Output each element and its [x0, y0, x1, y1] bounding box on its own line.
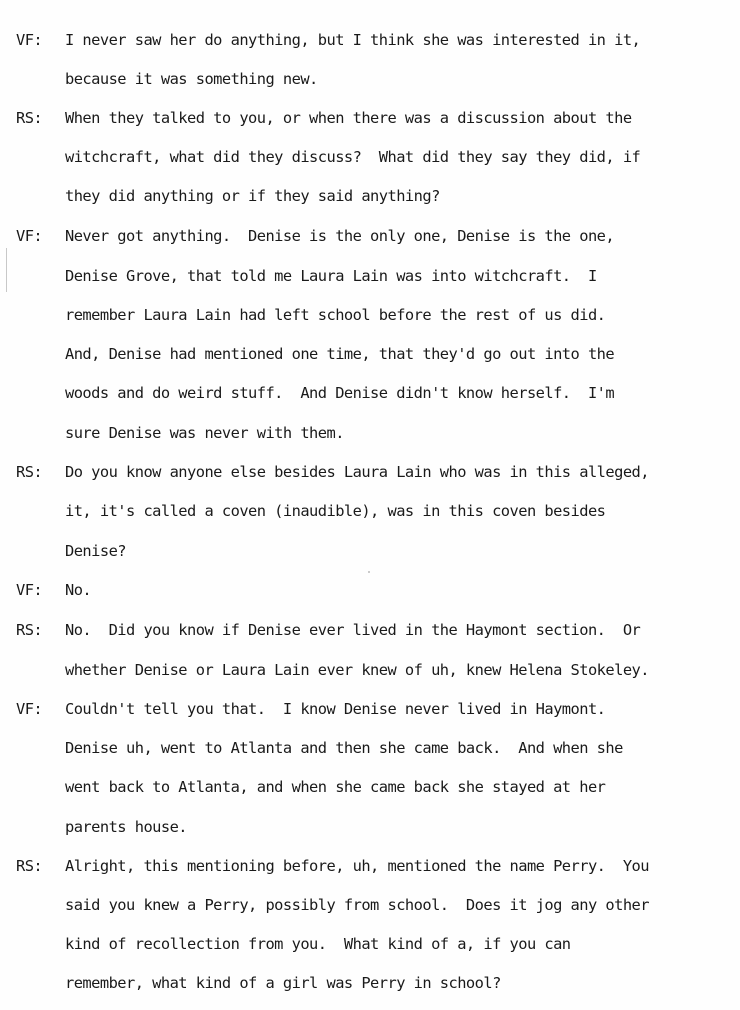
transcript-line: witchcraft, what did they discuss? What …: [65, 147, 640, 167]
transcript-line: it, it's called a coven (inaudible), was…: [65, 501, 605, 521]
transcript-line: they did anything or if they said anythi…: [65, 186, 440, 206]
speaker-label: VF:: [16, 30, 42, 50]
speaker-label: RS:: [16, 620, 42, 640]
speaker-label: VF:: [16, 226, 42, 246]
transcript-line: kind of recollection from you. What kind…: [65, 934, 571, 954]
speaker-label: RS:: [16, 462, 42, 482]
transcript-line: And, Denise had mentioned one time, that…: [65, 344, 614, 364]
transcript-line: went back to Atlanta, and when she came …: [65, 777, 605, 797]
transcript-line: said you knew a Perry, possibly from sch…: [65, 895, 649, 915]
transcript-line: woods and do weird stuff. And Denise did…: [65, 383, 614, 403]
transcript-page: VF: I never saw her do anything, but I t…: [0, 0, 740, 1010]
transcript-line: Alright, this mentioning before, uh, men…: [65, 856, 649, 876]
transcript-line: because it was something new.: [65, 69, 318, 89]
transcript-line: Never got anything. Denise is the only o…: [65, 226, 614, 246]
transcript-line: sure Denise was never with them.: [65, 423, 344, 443]
transcript-line: remember, what kind of a girl was Perry …: [65, 973, 501, 993]
transcript-line: whether Denise or Laura Lain ever knew o…: [65, 660, 649, 680]
margin-mark: [6, 248, 7, 292]
speaker-label: RS:: [16, 108, 42, 128]
transcript-line: Denise uh, went to Atlanta and then she …: [65, 738, 623, 758]
transcript-line: No. Did you know if Denise ever lived in…: [65, 620, 640, 640]
transcript-line: Denise?: [65, 541, 126, 561]
transcript-line: Do you know anyone else besides Laura La…: [65, 462, 649, 482]
speaker-label: VF:: [16, 699, 42, 719]
transcript-line: No.: [65, 580, 91, 600]
speaker-label: VF:: [16, 580, 42, 600]
speaker-label: RS:: [16, 856, 42, 876]
transcript-line: parents house.: [65, 817, 187, 837]
transcript-line: Denise Grove, that told me Laura Lain wa…: [65, 266, 597, 286]
transcript-line: Couldn't tell you that. I know Denise ne…: [65, 699, 605, 719]
transcript-line: I never saw her do anything, but I think…: [65, 30, 640, 50]
transcript-line: remember Laura Lain had left school befo…: [65, 305, 605, 325]
transcript-line: When they talked to you, or when there w…: [65, 108, 632, 128]
scan-speck: [368, 571, 370, 573]
